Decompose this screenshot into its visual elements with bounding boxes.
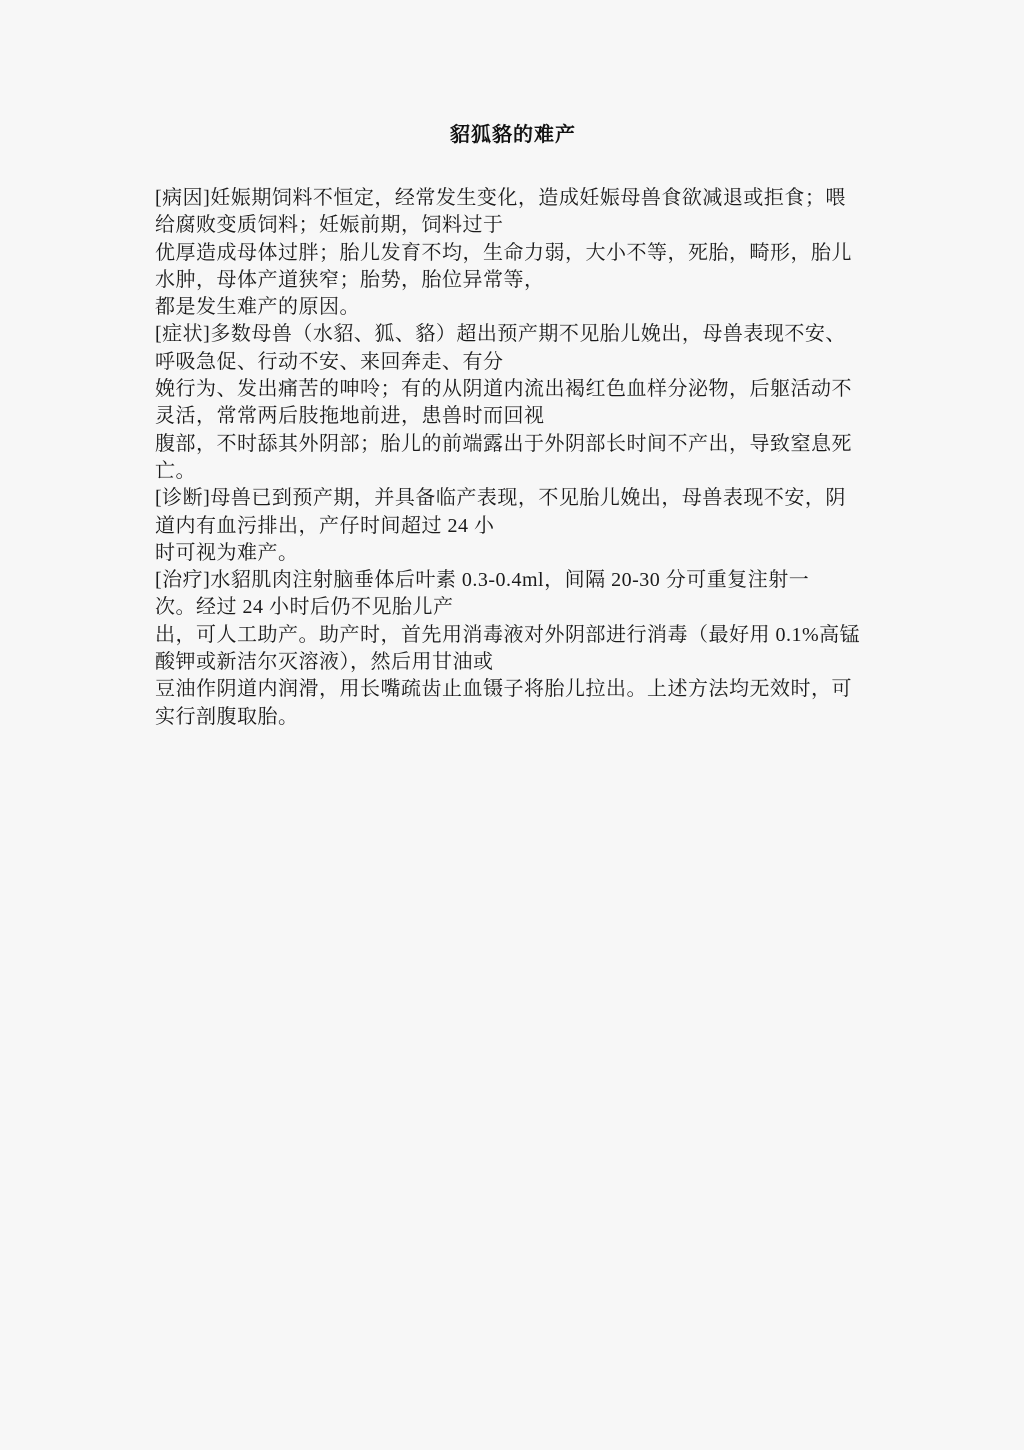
text-line: 酸钾或新洁尔灭溶液），然后用甘油或 [155,649,871,676]
text-line: 次。经过 24 小时后仍不见胎儿产 [155,594,871,621]
text-line: 亡。 [155,458,871,485]
text-line: [病因]妊娠期饲料不恒定，经常发生变化，造成妊娠母兽食欲减退或拒食；喂 [155,185,871,212]
text-line: 给腐败变质饲料；妊娠前期，饲料过于 [155,212,871,239]
text-line: [症状]多数母兽（水貂、狐、貉）超出预产期不见胎儿娩出，母兽表现不安、 [155,321,871,348]
document-title: 貂狐貉的难产 [155,124,871,146]
text-line: 水肿，母体产道狭窄；胎势，胎位异常等， [155,267,871,294]
text-line: 优厚造成母体过胖；胎儿发育不均，生命力弱，大小不等，死胎，畸形，胎儿 [155,240,871,267]
document-content: 貂狐貉的难产 [病因]妊娠期饲料不恒定，经常发生变化，造成妊娠母兽食欲减退或拒食… [155,124,871,731]
text-line: 灵活，常常两后肢拖地前进，患兽时而回视 [155,403,871,430]
text-line: [治疗]水貂肌肉注射脑垂体后叶素 0.3-0.4ml，间隔 20-30 分可重复… [155,567,871,594]
text-line: 道内有血污排出，产仔时间超过 24 小 [155,513,871,540]
text-line: 呼吸急促、行动不安、来回奔走、有分 [155,349,871,376]
text-line: 豆油作阴道内润滑，用长嘴疏齿止血镊子将胎儿拉出。上述方法均无效时，可 [155,676,871,703]
text-line: 都是发生难产的原因。 [155,294,871,321]
text-line: 出，可人工助产。助产时，首先用消毒液对外阴部进行消毒（最好用 0.1%高锰 [155,622,871,649]
text-line: 实行剖腹取胎。 [155,704,871,731]
text-line: [诊断]母兽已到预产期，并具备临产表现，不见胎儿娩出，母兽表现不安，阴 [155,485,871,512]
text-line: 时可视为难产。 [155,540,871,567]
document-text: [病因]妊娠期饲料不恒定，经常发生变化，造成妊娠母兽食欲减退或拒食；喂给腐败变质… [155,185,871,731]
text-line: 腹部，不时舔其外阴部；胎儿的前端露出于外阴部长时间不产出，导致窒息死 [155,431,871,458]
text-line: 娩行为、发出痛苦的呻呤；有的从阴道内流出褐红色血样分泌物，后躯活动不 [155,376,871,403]
document-page: 貂狐貉的难产 [病因]妊娠期饲料不恒定，经常发生变化，造成妊娠母兽食欲减退或拒食… [0,0,1024,1450]
